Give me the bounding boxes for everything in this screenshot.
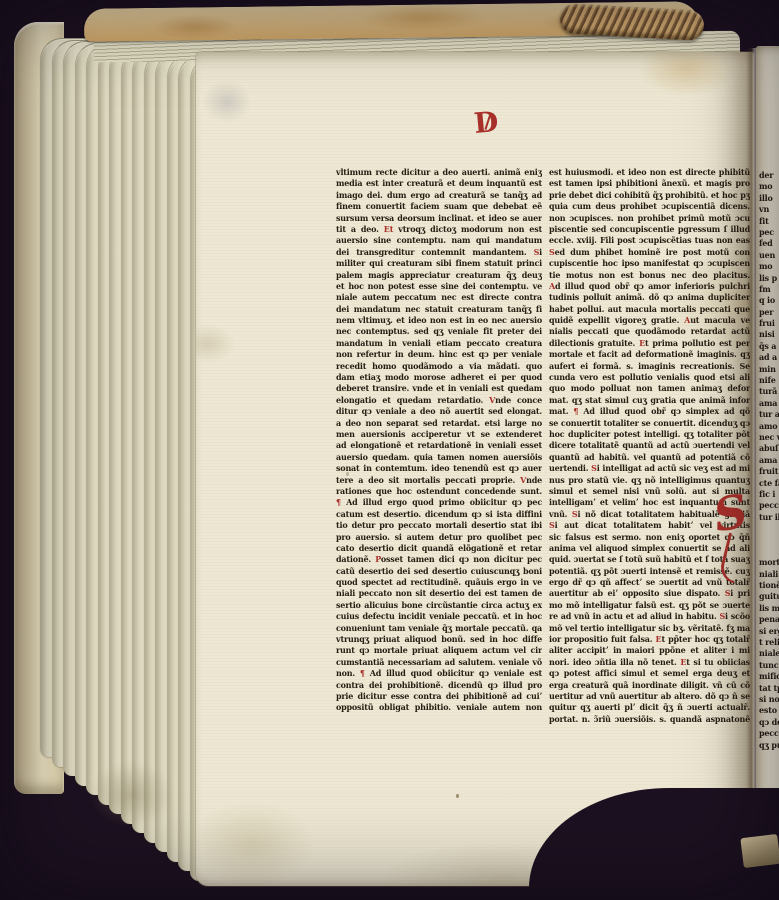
- text-line: erga creaturã quã inordinate diligit. vñ…: [549, 680, 750, 691]
- text-line: mat. ¶ Ad illud quod obr̃ qɔ simplex ad …: [549, 406, 750, 417]
- text-line: mõ vel tertio intelligatur sic bʒ. vẽrit…: [549, 623, 750, 634]
- rubricated-initial-letter: S: [710, 487, 751, 538]
- text-line: qʒ pun: [759, 740, 779, 751]
- text-line: cte fa: [759, 478, 779, 489]
- text-line: uertitur ad vnũ auertitur ab altero. dõ …: [549, 691, 750, 702]
- text-line: guitu: [759, 591, 779, 602]
- text-line: vn: [759, 204, 779, 215]
- text-line: nec v: [759, 432, 779, 443]
- text-line: non refertur in deum. hinc est qɔ per ve…: [336, 349, 542, 360]
- text-line: auersio sine contemptu. nam qui mandatum: [336, 235, 542, 246]
- left-page: D vltimum recte dicitur a deo auerti. an…: [196, 52, 754, 886]
- text-line: q io: [759, 295, 779, 306]
- text-line: Sed dum phibet hominẽ ire post motũ con: [549, 247, 750, 258]
- text-line: abuſ: [759, 443, 779, 454]
- text-line: tere a deo sit mortalis peccati proprie.…: [336, 475, 542, 486]
- text-line: hoc dupliciter potest intelligi. qʒ tota…: [549, 429, 750, 440]
- text-line: pro auersio. si autem detur pro quolibet…: [336, 532, 542, 543]
- text-line: pecca: [759, 728, 779, 739]
- rubricated-initial: S: [714, 490, 778, 590]
- text-line: ad a: [759, 352, 779, 363]
- text-line: contra dei prohibitionẽ. dicendũ qɔ illu…: [336, 680, 542, 691]
- text-line: et hoc non potest esse sine dei contempt…: [336, 281, 542, 292]
- text-line: nisi: [759, 329, 779, 340]
- text-line: ad elongationẽ et retardationẽ in venial…: [336, 440, 542, 451]
- text-line: fed: [759, 238, 779, 249]
- text-line: pena: [759, 614, 779, 625]
- text-line: eccle. xviij. Fili post ɔcupiscẽtias tua…: [549, 235, 750, 246]
- text-line: mific: [759, 671, 779, 682]
- text-line: militer qui creaturam sibi finem statuit…: [336, 258, 542, 269]
- text-line: nife: [759, 375, 779, 386]
- text-line: se conuertit totaliter se conuertit. dic…: [549, 418, 750, 429]
- text-line: mo: [759, 261, 779, 272]
- text-line: sursum versa deorsum inclinat. et ideo s…: [336, 213, 542, 224]
- stack-stain: [86, 760, 176, 830]
- text-line: turã: [759, 386, 779, 397]
- text-line: dilectionis gratuite. Et prima pollutio …: [549, 338, 750, 349]
- text-line: dicere totalitatẽ quantũ ad actũ ɔuerten…: [549, 440, 750, 451]
- text-line: der: [759, 170, 779, 181]
- text-line: deberet transire. vnde et in veniali est…: [336, 383, 542, 394]
- text-line: tit a deo. Et vtroqʒ dictoʒ modorum non …: [336, 224, 542, 235]
- text-line: Ad illud quod obr̃ qɔ amor inferioris pu…: [549, 281, 750, 292]
- text-line: frui: [759, 318, 779, 329]
- text-line: niale: [759, 648, 779, 659]
- text-line: dationẽ. Posset tamen dici qɔ non dicitu…: [336, 554, 542, 565]
- text-line: elongatio et quedam retardatio. Vnde con…: [336, 395, 542, 406]
- text-line: prie dicitur esse contra dei phibitionẽ …: [336, 691, 542, 702]
- text-line: dei transgreditur contemnit mandantem. S…: [336, 247, 542, 258]
- text-line: t reli: [759, 637, 779, 648]
- text-line: dam etiaʒ modo morose adheret ei per quo…: [336, 372, 542, 383]
- text-line: quia cum deus prohibet ɔcupiscentiã dice…: [549, 201, 750, 212]
- text-line: auersio quedam. quia tamen nomen auersiõ…: [336, 452, 542, 463]
- text-line: nialis peccati que quodãmodo retardat ac…: [549, 326, 750, 337]
- text-line: cunda vero est pollutio venialis quod et…: [549, 372, 750, 383]
- text-line: pec: [759, 227, 779, 238]
- text-line: ¶ Ad illud ergo quod primo obiicitur qɔ …: [336, 497, 542, 508]
- text-line: si non: [759, 694, 779, 705]
- text-line: a deo non separat sed retardat. etsi lar…: [336, 418, 542, 429]
- text-line: quo modo polluat non tamen animaʒ defor: [549, 383, 750, 394]
- text-line: nus pro statũ vie. qʒ nõ intelligimus qu…: [549, 475, 750, 486]
- text-line: sertio alicuius bone circũstantie circa …: [336, 600, 542, 611]
- text-line: aliter accipitʼ in maiori ppõne et alite…: [549, 645, 750, 656]
- text-line: nem vltimuʒ. et ideo non est in eo nec a…: [336, 315, 542, 326]
- text-line: niale autem peccatum nec est directe con…: [336, 292, 542, 303]
- text-line: lis p: [759, 273, 779, 284]
- text-line: aufert ei formã. s. imaginis recreationi…: [549, 361, 750, 372]
- text-line: tat tp: [759, 683, 779, 694]
- text-line: niali peccato non sit desertio dei est t…: [336, 588, 542, 599]
- text-line: nec contemptus. sed qʒ veniale fit prete…: [336, 326, 542, 337]
- text-line: fm: [759, 284, 779, 295]
- text-line: uertendi. Si intelligat ad actũ sic veʒ …: [549, 463, 750, 474]
- text-line: fit: [759, 216, 779, 227]
- text-line: cato desertio dicit quandã elõgationẽ et…: [336, 543, 542, 554]
- text-line: men auersionis acciperetur vt se extende…: [336, 429, 542, 440]
- text-line: quod spectet ad rectitudinẽ. quãuis ergo…: [336, 577, 542, 588]
- text-line: ama: [759, 455, 779, 466]
- text-line: portat. n. ɔ̃riũ ɔuersiõis. s. quandã as…: [549, 714, 750, 725]
- text-line: recedit homo quodãmodo a via mãdati. quo: [336, 361, 542, 372]
- text-line: quitur qʒ auerti plʼ dicit q̃ʒ ñ ɔuerti …: [549, 702, 750, 713]
- text-line: mortale et facit ad deformationẽ imagini…: [549, 349, 750, 360]
- text-line: q̃s a: [759, 341, 779, 352]
- text-line: mat. qʒ stat simul cuʒ gratia que animã …: [549, 395, 750, 406]
- text-line: illo: [759, 193, 779, 204]
- text-line: ama: [759, 398, 779, 409]
- quire-mark: D: [474, 106, 504, 140]
- text-line: vltimum recte dicitur a deo auerti. anim…: [336, 167, 542, 178]
- text-line: ditur qɔ veniale a deo nõ auertit sed el…: [336, 406, 542, 417]
- text-line: rationes que hoc ostendunt concedende su…: [336, 486, 542, 497]
- text-line: palem magis appreciatur creaturam q̃ʒ de…: [336, 270, 542, 281]
- text-line: esto q: [759, 705, 779, 716]
- text-line: catum est desertio. dicendum qɔ si ista …: [336, 509, 542, 520]
- text-line: non ɔcupisces. non prohibet primũ motũ ɔ…: [549, 213, 750, 224]
- text-line: dei mandatum nec statuit creaturam tanq̃…: [336, 304, 542, 315]
- text-line: tie motus non est bonus nec deo placitus…: [549, 270, 750, 281]
- lower-leaf-edge: [740, 834, 779, 868]
- text-line: cumstantiã necessariam ad salutem. venia…: [336, 657, 542, 668]
- paper-speck: [346, 472, 349, 476]
- text-line: non. ¶ Ad illud quod obiicitur qɔ venial…: [336, 668, 542, 679]
- text-line: media est inter creaturã et deum inquant…: [336, 178, 542, 189]
- ink-showthrough: [202, 80, 252, 124]
- text-line: cupiscentie hoc ipso manifestat qɔ ɔcupi…: [549, 258, 750, 269]
- text-column-right: est huiusmodi. et ideo non est directe p…: [549, 167, 750, 725]
- text-line: cuius defectu incidit veniale peccatũ. e…: [336, 611, 542, 622]
- text-line: habet pollui. aut macula mortalis peccat…: [549, 304, 750, 315]
- text-line: mo: [759, 181, 779, 192]
- text-line: qɔ potest affici simul et semel erga deu…: [549, 668, 750, 679]
- text-line: per: [759, 307, 779, 318]
- text-line: sonat in contemtum. ideo tenendũ est qɔ …: [336, 463, 542, 474]
- text-line: mandatum in veniali etiam peccato creatu…: [336, 338, 542, 349]
- text-line: si erg: [759, 626, 779, 637]
- text-line: imago dei. dum ergo ad creaturã se tanq̃…: [336, 190, 542, 201]
- text-line: runt qɔ mortale priuat aliquem actum vel…: [336, 645, 542, 656]
- text-line: est tamen ipsi phibitioni ãnexũ. et magi…: [549, 178, 750, 189]
- book-photo: D vltimum recte dicitur a deo auerti. an…: [0, 0, 779, 900]
- text-line: tio detur pro peccato mortali desertio s…: [336, 520, 542, 531]
- text-line: quidẽ expellit vigoreʒ gratie. Aut macul…: [549, 315, 750, 326]
- facing-page-text-fragments: dermoillovnfitpecfeduenmolis pfmq ioperf…: [759, 170, 779, 751]
- text-line: finem conuertit faciem suam que debebat …: [336, 201, 542, 212]
- text-line: conueniunt tam veniale q̃ʒ mortale pecca…: [336, 623, 542, 634]
- text-line: auertitur ab eiʼ opposito siue dispato. …: [549, 588, 750, 599]
- text-line: qɔ de: [759, 717, 779, 728]
- text-line: mo mõ intelligatur falsũ est. qʒ põt se …: [549, 600, 750, 611]
- text-line: nori. ideo ɔñtia illa nõ tenet. Et si tu…: [549, 657, 750, 668]
- text-line: amo: [759, 421, 779, 432]
- text-line: vtrunqʒ priuat aliquod bonũ. sed in hoc …: [336, 634, 542, 645]
- facing-page-edge: dermoillovnfitpecfeduenmolis pfmq ioperf…: [756, 46, 779, 850]
- text-line: catũ desertio dei sed desertio cuiuscunq…: [336, 566, 542, 577]
- text-line: re ad vnũ in actu et ad aliud in habitu.…: [549, 611, 750, 622]
- text-line: ior propositio fuit falsa. Et pp̃ter hoc…: [549, 634, 750, 645]
- text-line: min: [759, 364, 779, 375]
- paper-speck: [456, 794, 459, 798]
- text-line: tunc.: [759, 660, 779, 671]
- text-line: piscentie sed concupiscentie pgressum ſ …: [549, 224, 750, 235]
- text-line: tudinis polluit animã. dõ qɔ anima dupli…: [549, 292, 750, 303]
- text-line: uen: [759, 250, 779, 261]
- text-line: lis m: [759, 603, 779, 614]
- text-line: oppositũ obligat phibitio. veniale autem…: [336, 702, 542, 713]
- text-line: fruit: [759, 466, 779, 477]
- text-line: est huiusmodi. et ideo non est directe p…: [549, 167, 750, 178]
- text-line: prie debet dici cohibitũ q̃ʒ prohibitũ. …: [549, 190, 750, 201]
- text-line: quantũ ad habitũ. vel quantũ ad potentiã…: [549, 452, 750, 463]
- text-line: tur a: [759, 409, 779, 420]
- text-column-left: vltimum recte dicitur a deo auerti. anim…: [336, 167, 542, 714]
